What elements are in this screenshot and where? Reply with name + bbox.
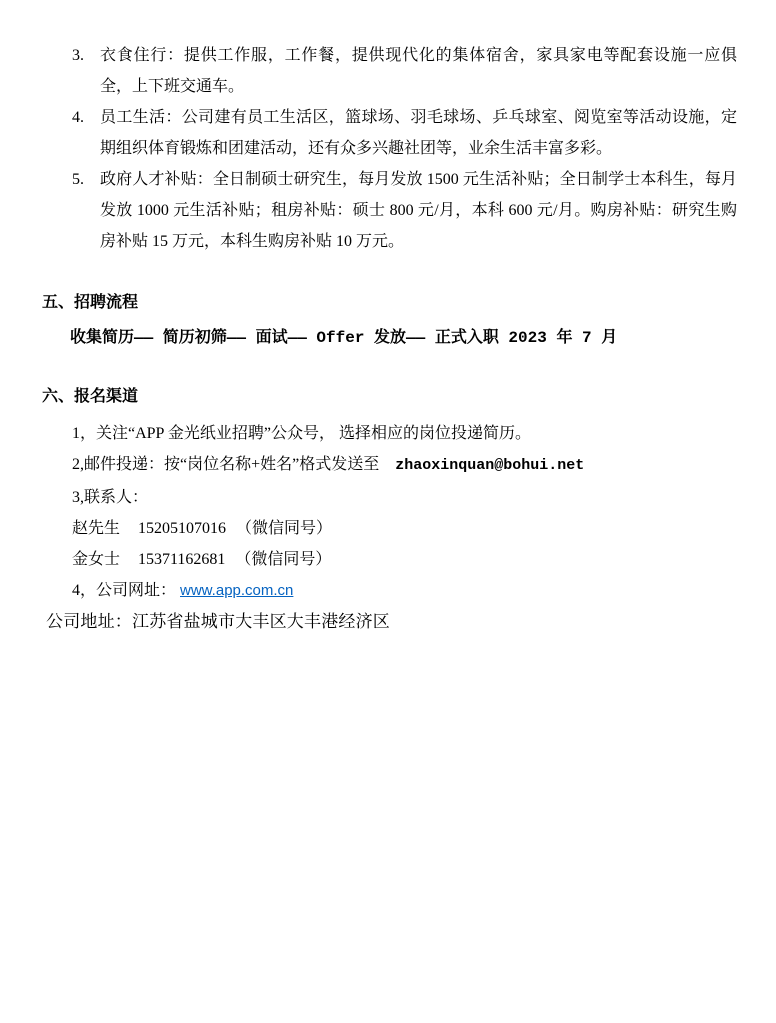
contact-wechat-note: （微信同号） — [236, 520, 332, 537]
contact-name: 赵先生 — [72, 520, 120, 537]
benefit-item-text: 衣食住行：提供工作服，工作餐，提供现代化的集体宿舍，家具家电等配套设施一应俱全，… — [100, 40, 737, 102]
benefit-item-number: 5. — [72, 164, 100, 257]
contact-row: 赵先生15205107016（微信同号） — [72, 513, 737, 544]
section-heading-recruitment-process: 五、招聘流程 — [42, 287, 737, 318]
contact-name: 金女士 — [72, 551, 120, 568]
benefit-item-text: 员工生活：公司建有员工生活区，篮球场、羽毛球场、乒乓球室、阅览室等活动设施，定期… — [100, 102, 737, 164]
benefit-item-number: 4. — [72, 102, 100, 164]
benefit-item-text: 政府人才补贴：全日制硕士研究生，每月发放 1500 元生活补贴；全日制学士本科生… — [100, 164, 737, 257]
application-channel-email: 2,邮件投递：按“岗位名称+姓名”格式发送至zhaoxinquan@bohui.… — [72, 449, 737, 481]
recruitment-flow-text: 收集简历—— 简历初筛—— 面试—— Offer 发放—— 正式入职 2023 … — [70, 323, 737, 354]
benefit-item: 3. 衣食住行：提供工作服，工作餐，提供现代化的集体宿舍，家具家电等配套设施一应… — [72, 40, 737, 102]
contact-row: 金女士15371162681（微信同号） — [72, 544, 737, 575]
email-address-text: zhaoxinquan@bohui.net — [395, 457, 584, 474]
email-channel-label: 2,邮件投递：按“岗位名称+姓名”格式发送至 — [72, 456, 379, 473]
website-label: 4，公司网址： — [72, 582, 176, 599]
document-page: 3. 衣食住行：提供工作服，工作餐，提供现代化的集体宿舍，家具家电等配套设施一应… — [0, 0, 776, 1023]
contact-phone: 15205107016 — [138, 520, 226, 537]
application-channel-wechat: 1，关注“APP 金光纸业招聘”公众号， 选择相应的岗位投递简历。 — [72, 418, 737, 449]
company-address: 公司地址：江苏省盐城市大丰区大丰港经济区 — [46, 606, 737, 637]
company-website-link[interactable]: www.app.com.cn — [180, 582, 293, 599]
contact-wechat-note: （微信同号） — [235, 551, 331, 568]
benefit-item: 5. 政府人才补贴：全日制硕士研究生，每月发放 1500 元生活补贴；全日制学士… — [72, 164, 737, 257]
website-row: 4，公司网址：www.app.com.cn — [72, 575, 737, 606]
contact-phone: 15371162681 — [138, 551, 225, 568]
benefit-item: 4. 员工生活：公司建有员工生活区，篮球场、羽毛球场、乒乓球室、阅览室等活动设施… — [72, 102, 737, 164]
section-heading-application-channels: 六、报名渠道 — [42, 381, 737, 412]
benefit-item-number: 3. — [72, 40, 100, 102]
contacts-label: 3,联系人： — [72, 482, 737, 513]
